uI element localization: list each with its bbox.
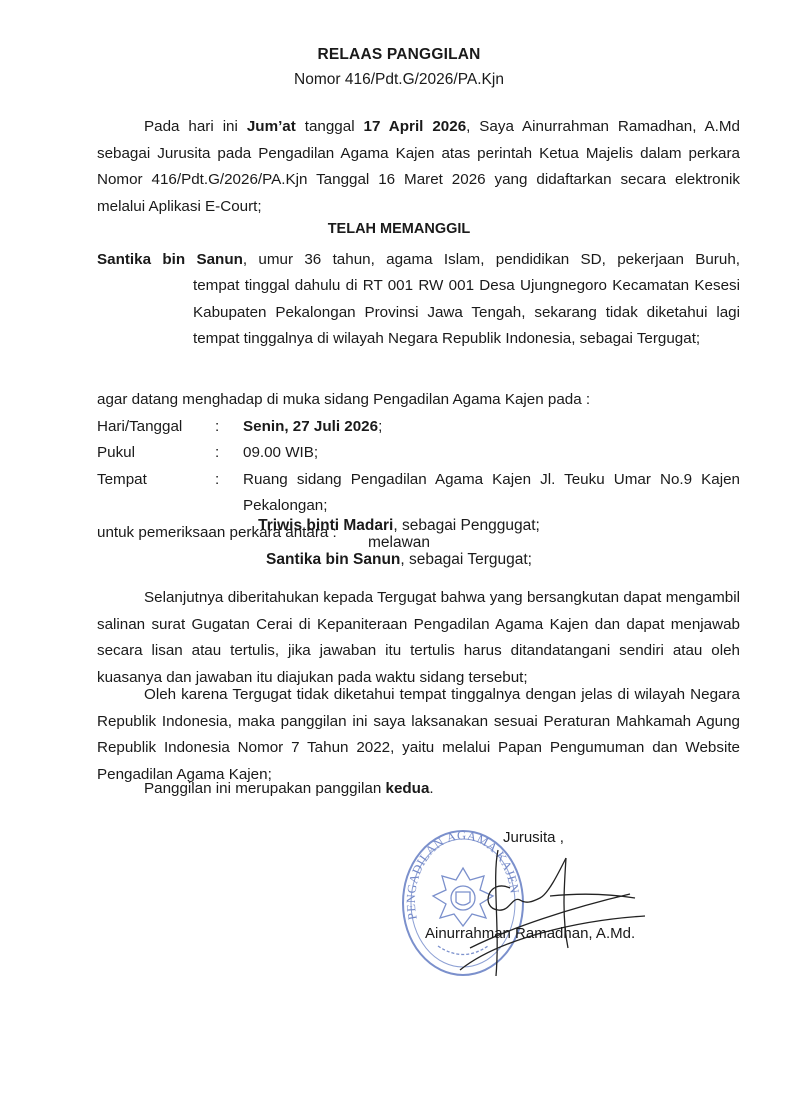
schedule-label: Pukul (97, 440, 215, 467)
defendant-line: Santika bin Sanun, sebagai Tergugat; (0, 551, 798, 568)
schedule-row-time: Pukul : 09.00 WIB; (97, 440, 740, 467)
intro-day: Jum’at (247, 118, 296, 135)
closing-emphasis: kedua (386, 780, 430, 797)
defendant-attributes: , umur 36 tahun, agama Islam, pendidikan… (243, 251, 740, 268)
defendant-name: Santika bin Sanun (97, 251, 243, 268)
document-title: RELAAS PANGGILAN (0, 46, 798, 64)
hearing-place: Ruang sidang Pengadilan Agama Kajen Jl. … (243, 467, 740, 520)
defendant-first-line: Santika bin Sanun, umur 36 tahun, agama … (97, 247, 740, 273)
schedule-colon: : (215, 467, 243, 520)
plaintiff-line: Triwis binti Madari, sebagai Penggugat; (0, 517, 798, 534)
handwritten-signature-icon (440, 838, 650, 978)
schedule-label: Hari/Tanggal (97, 414, 215, 441)
summons-document: RELAAS PANGGILAN Nomor 416/Pdt.G/2026/PA… (0, 0, 798, 1118)
notice-text: Selanjutnya diberitahukan kepada Terguga… (97, 589, 740, 686)
schedule-label: Tempat (97, 467, 215, 520)
defendant-role: , sebagai Tergugat; (400, 551, 532, 568)
defendant-name-2: Santika bin Sanun (266, 551, 400, 568)
summon-intro: agar datang menghadap di muka sidang Pen… (97, 387, 740, 414)
called-heading: TELAH MEMANGGIL (0, 221, 798, 237)
intro-text-b: tanggal (296, 118, 364, 135)
basis-text: Oleh karena Tergugat tidak diketahui tem… (97, 686, 740, 783)
hearing-time: 09.00 WIB; (243, 440, 740, 467)
hearing-date-suffix: ; (378, 418, 382, 435)
bailiff-name: Ainurrahman Ramadhan, A.Md. (425, 925, 635, 942)
schedule-colon: : (215, 440, 243, 467)
basis-paragraph: Oleh karena Tergugat tidak diketahui tem… (97, 682, 740, 788)
closing-text: Panggilan ini merupakan panggilan (144, 780, 386, 797)
hearing-date: Senin, 27 Juli 2026 (243, 418, 378, 435)
plaintiff-role: , sebagai Penggugat; (393, 517, 540, 534)
schedule-value: Senin, 27 Juli 2026; (243, 414, 740, 441)
plaintiff-name: Triwis binti Madari (258, 517, 393, 534)
intro-text-a: Pada hari ini (144, 118, 247, 135)
schedule-row-date: Hari/Tanggal : Senin, 27 Juli 2026; (97, 414, 740, 441)
defendant-identity: Santika bin Sanun, umur 36 tahun, agama … (97, 247, 740, 352)
intro-date: 17 April 2026 (364, 118, 467, 135)
versus-line: melawan (0, 534, 798, 551)
schedule-colon: : (215, 414, 243, 441)
closing-end: . (429, 780, 433, 797)
intro-paragraph: Pada hari ini Jum’at tanggal 17 April 20… (97, 114, 740, 220)
defendant-address: tempat tinggal dahulu di RT 001 RW 001 D… (193, 273, 740, 352)
notice-paragraph: Selanjutnya diberitahukan kepada Terguga… (97, 585, 740, 691)
schedule-row-place: Tempat : Ruang sidang Pengadilan Agama K… (97, 467, 740, 520)
closing-paragraph: Panggilan ini merupakan panggilan kedua. (97, 776, 740, 803)
case-parties: Triwis binti Madari, sebagai Penggugat; … (0, 517, 798, 568)
case-number: Nomor 416/Pdt.G/2026/PA.Kjn (0, 71, 798, 89)
